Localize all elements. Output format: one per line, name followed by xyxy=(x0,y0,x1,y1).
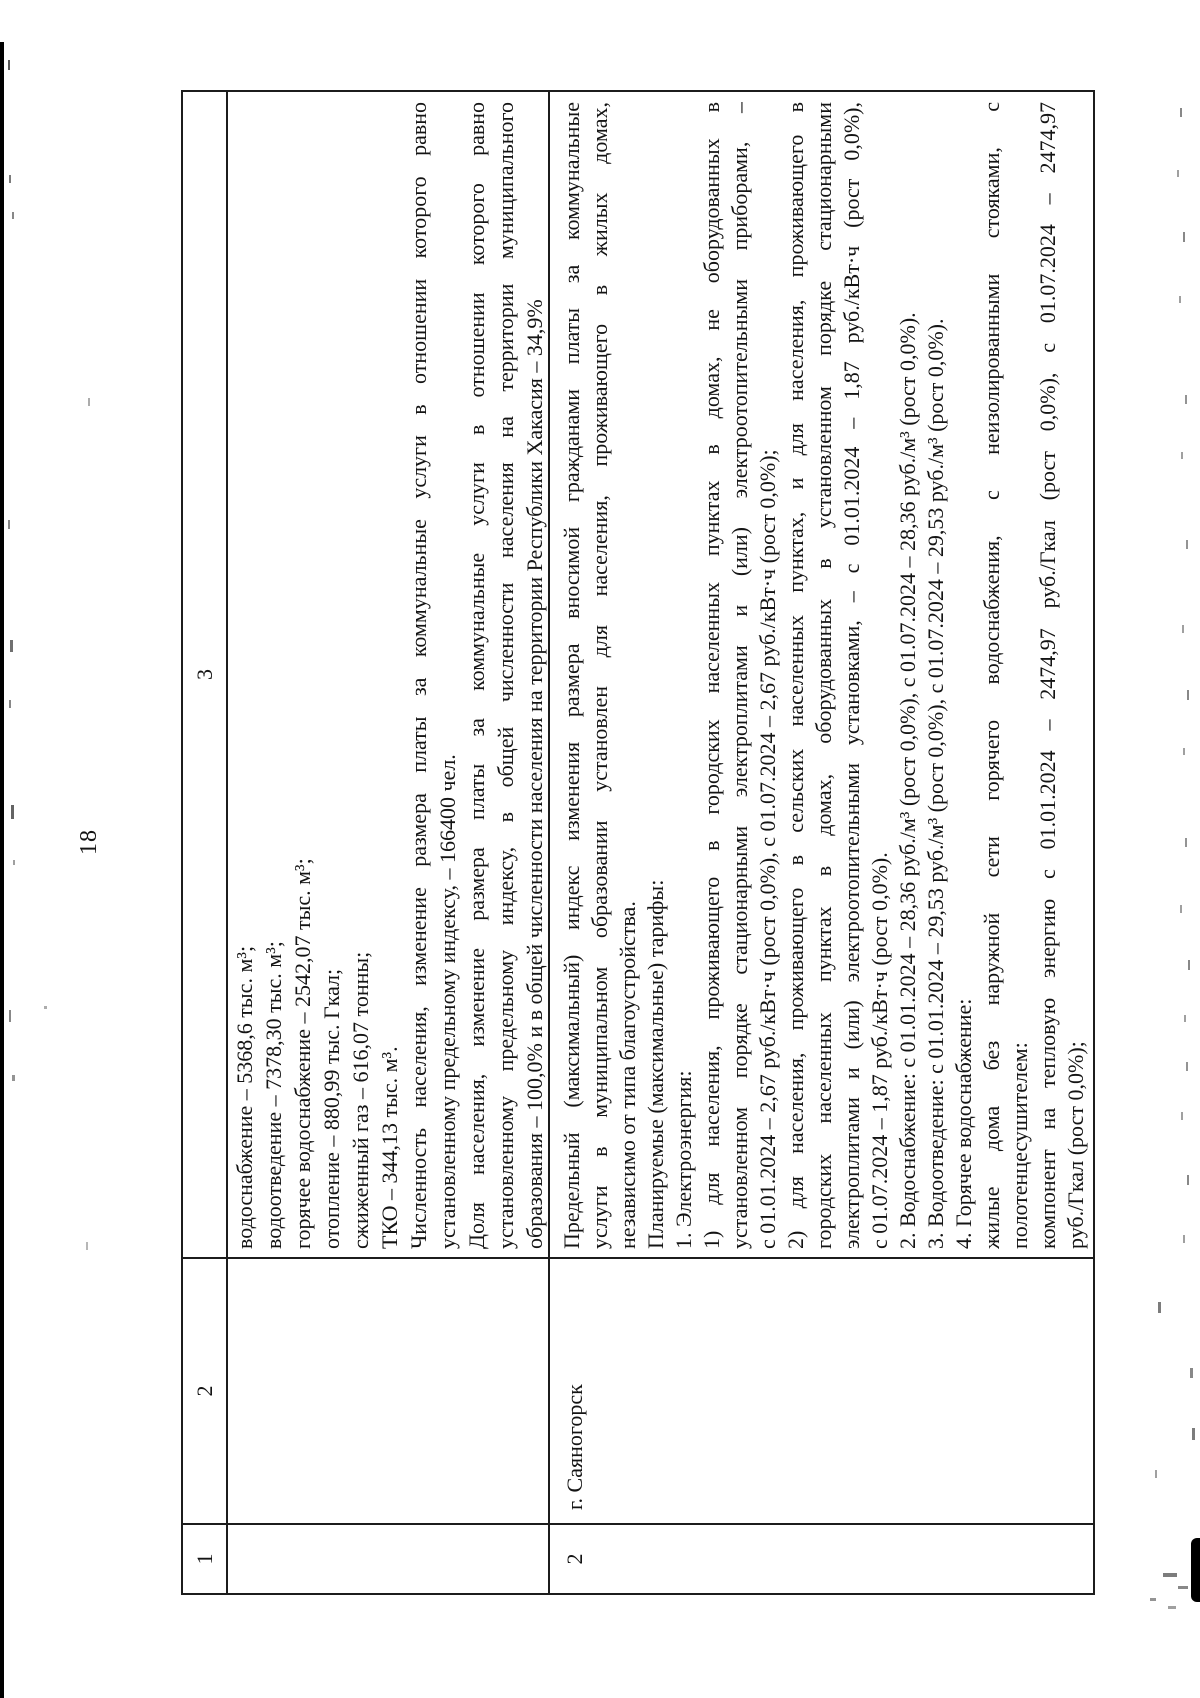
tariff-table: 1 2 3 водоснабжение – 5368,6 тыс. м³;вод… xyxy=(181,90,1095,1595)
scan-speck xyxy=(9,1010,11,1022)
scan-speck xyxy=(1178,1586,1188,1589)
text-line: компонент на тепловую энергию с 01.01.20… xyxy=(1034,102,1062,1249)
text-line: Планируемые (максимальные) тарифы: xyxy=(642,102,670,1249)
scan-speck xyxy=(1188,960,1190,970)
page-number: 18 xyxy=(76,829,103,855)
scan-speck xyxy=(86,1242,88,1250)
scan-speck xyxy=(1185,838,1187,847)
text-line: полотенцесушителем: xyxy=(1006,102,1034,1249)
text-line: 1) для населения, проживающего в городск… xyxy=(698,102,726,1249)
text-line: 3. Водоотведение: с 01.01.2024 – 29,53 р… xyxy=(922,102,950,1249)
text-line: услуги в муниципальном образовании устан… xyxy=(586,102,614,1249)
scanned-document: 18 1 2 3 водоснабжение – 5368,6 тыс. м³;… xyxy=(0,0,1200,1698)
scan-speck xyxy=(1190,1368,1193,1378)
row2-city-cell: г. Саяногорск xyxy=(550,1257,1093,1523)
table-header-col2: 2 xyxy=(183,1257,228,1523)
scan-speck xyxy=(1183,232,1185,242)
text-line: Доля населения, изменение размера платы … xyxy=(462,102,491,1249)
text-line: 1. Электроэнергия: xyxy=(670,102,698,1249)
text-line: городских населенных пунктах в домах, об… xyxy=(810,102,838,1249)
text-line: Численность населения, изменение размера… xyxy=(404,102,433,1249)
scan-speck xyxy=(1187,690,1189,700)
table-header-col3: 3 xyxy=(183,92,228,1257)
scan-speck xyxy=(10,640,13,652)
scan-speck xyxy=(1187,1175,1189,1185)
scan-speck xyxy=(1155,1470,1157,1478)
scan-speck xyxy=(1192,1428,1195,1440)
scan-speck xyxy=(1185,395,1187,404)
row1-text-cell: водоснабжение – 5368,6 тыс. м³;водоотвед… xyxy=(228,92,550,1257)
text-line: 2. Водоснабжение: с 01.01.2024 – 28,36 р… xyxy=(894,102,922,1249)
text-line: сжиженный газ – 616,07 тонны; xyxy=(346,102,375,1249)
scan-speck xyxy=(88,398,90,406)
scanner-edge-bar xyxy=(0,42,4,1698)
scan-speck xyxy=(1184,1015,1186,1022)
scan-speck xyxy=(12,1075,15,1081)
scan-speck xyxy=(12,212,14,219)
text-line: установленному предельному индексу, в об… xyxy=(491,102,520,1249)
scan-ink-blob xyxy=(1191,1538,1200,1602)
text-line: независимо от типа благоустройства. xyxy=(614,102,642,1249)
table-header-col1: 1 xyxy=(183,1523,228,1593)
text-line: жилые дома без наружной сети горячего во… xyxy=(978,102,1006,1249)
scan-speck xyxy=(1163,1573,1177,1577)
scan-speck xyxy=(1177,170,1179,177)
text-line: водоотведение – 7378,30 тыс. м³; xyxy=(259,102,288,1249)
text-line: 4. Горячее водоснабжение: xyxy=(950,102,978,1249)
document-page: 18 1 2 3 водоснабжение – 5368,6 тыс. м³;… xyxy=(0,0,1200,1698)
text-line: ТКО – 344,13 тыс. м³. xyxy=(375,102,404,1249)
row1-city-cell xyxy=(228,1257,550,1523)
text-line: с 01.01.2024 – 2,67 руб./кВт·ч (рост 0,0… xyxy=(754,102,782,1249)
row2-number-cell: 2 xyxy=(550,1523,1093,1593)
text-line: Предельный (максимальный) индекс изменен… xyxy=(558,102,586,1249)
scan-speck xyxy=(13,860,15,865)
scan-speck xyxy=(9,700,11,708)
scan-speck xyxy=(9,175,11,183)
text-line: электроплитами и (или) электроотопительн… xyxy=(838,102,866,1249)
text-line: образования – 100,0% и в общей численнос… xyxy=(520,102,549,1249)
scan-speck xyxy=(1181,452,1183,459)
scan-speck xyxy=(1181,1112,1183,1120)
scan-speck xyxy=(1158,1302,1161,1313)
text-line: установленному предельному индексу, – 16… xyxy=(433,102,462,1249)
row1-number-cell xyxy=(228,1523,550,1593)
scan-speck xyxy=(1180,905,1182,913)
scan-speck xyxy=(1168,1606,1176,1609)
scan-speck xyxy=(1183,1235,1185,1243)
text-line: с 01.07.2024 – 1,87 руб./кВт·ч (рост 0,0… xyxy=(866,102,894,1249)
scan-speck xyxy=(8,520,10,529)
text-line: горячее водоснабжение – 2542,07 тыс. м³; xyxy=(288,102,317,1249)
scan-speck xyxy=(1150,1598,1156,1601)
text-line: руб./Гкал (рост 0,0%); xyxy=(1062,102,1090,1249)
text-line: отопление – 880,99 тыс. Гкал; xyxy=(317,102,346,1249)
scan-speck xyxy=(1183,748,1185,755)
row2-text-cell: Предельный (максимальный) индекс изменен… xyxy=(550,92,1093,1257)
scan-speck xyxy=(1179,296,1181,303)
scan-speck xyxy=(1186,540,1188,549)
scan-speck xyxy=(1182,625,1184,633)
scan-speck xyxy=(1180,108,1182,117)
scan-speck xyxy=(1186,1062,1188,1071)
scan-speck xyxy=(44,1006,47,1009)
scan-speck xyxy=(11,805,14,819)
scan-speck xyxy=(8,60,10,70)
text-line: водоснабжение – 5368,6 тыс. м³; xyxy=(230,102,259,1249)
text-line: установленном порядке стационарными элек… xyxy=(726,102,754,1249)
text-line: 2) для населения, проживающего в сельски… xyxy=(782,102,810,1249)
